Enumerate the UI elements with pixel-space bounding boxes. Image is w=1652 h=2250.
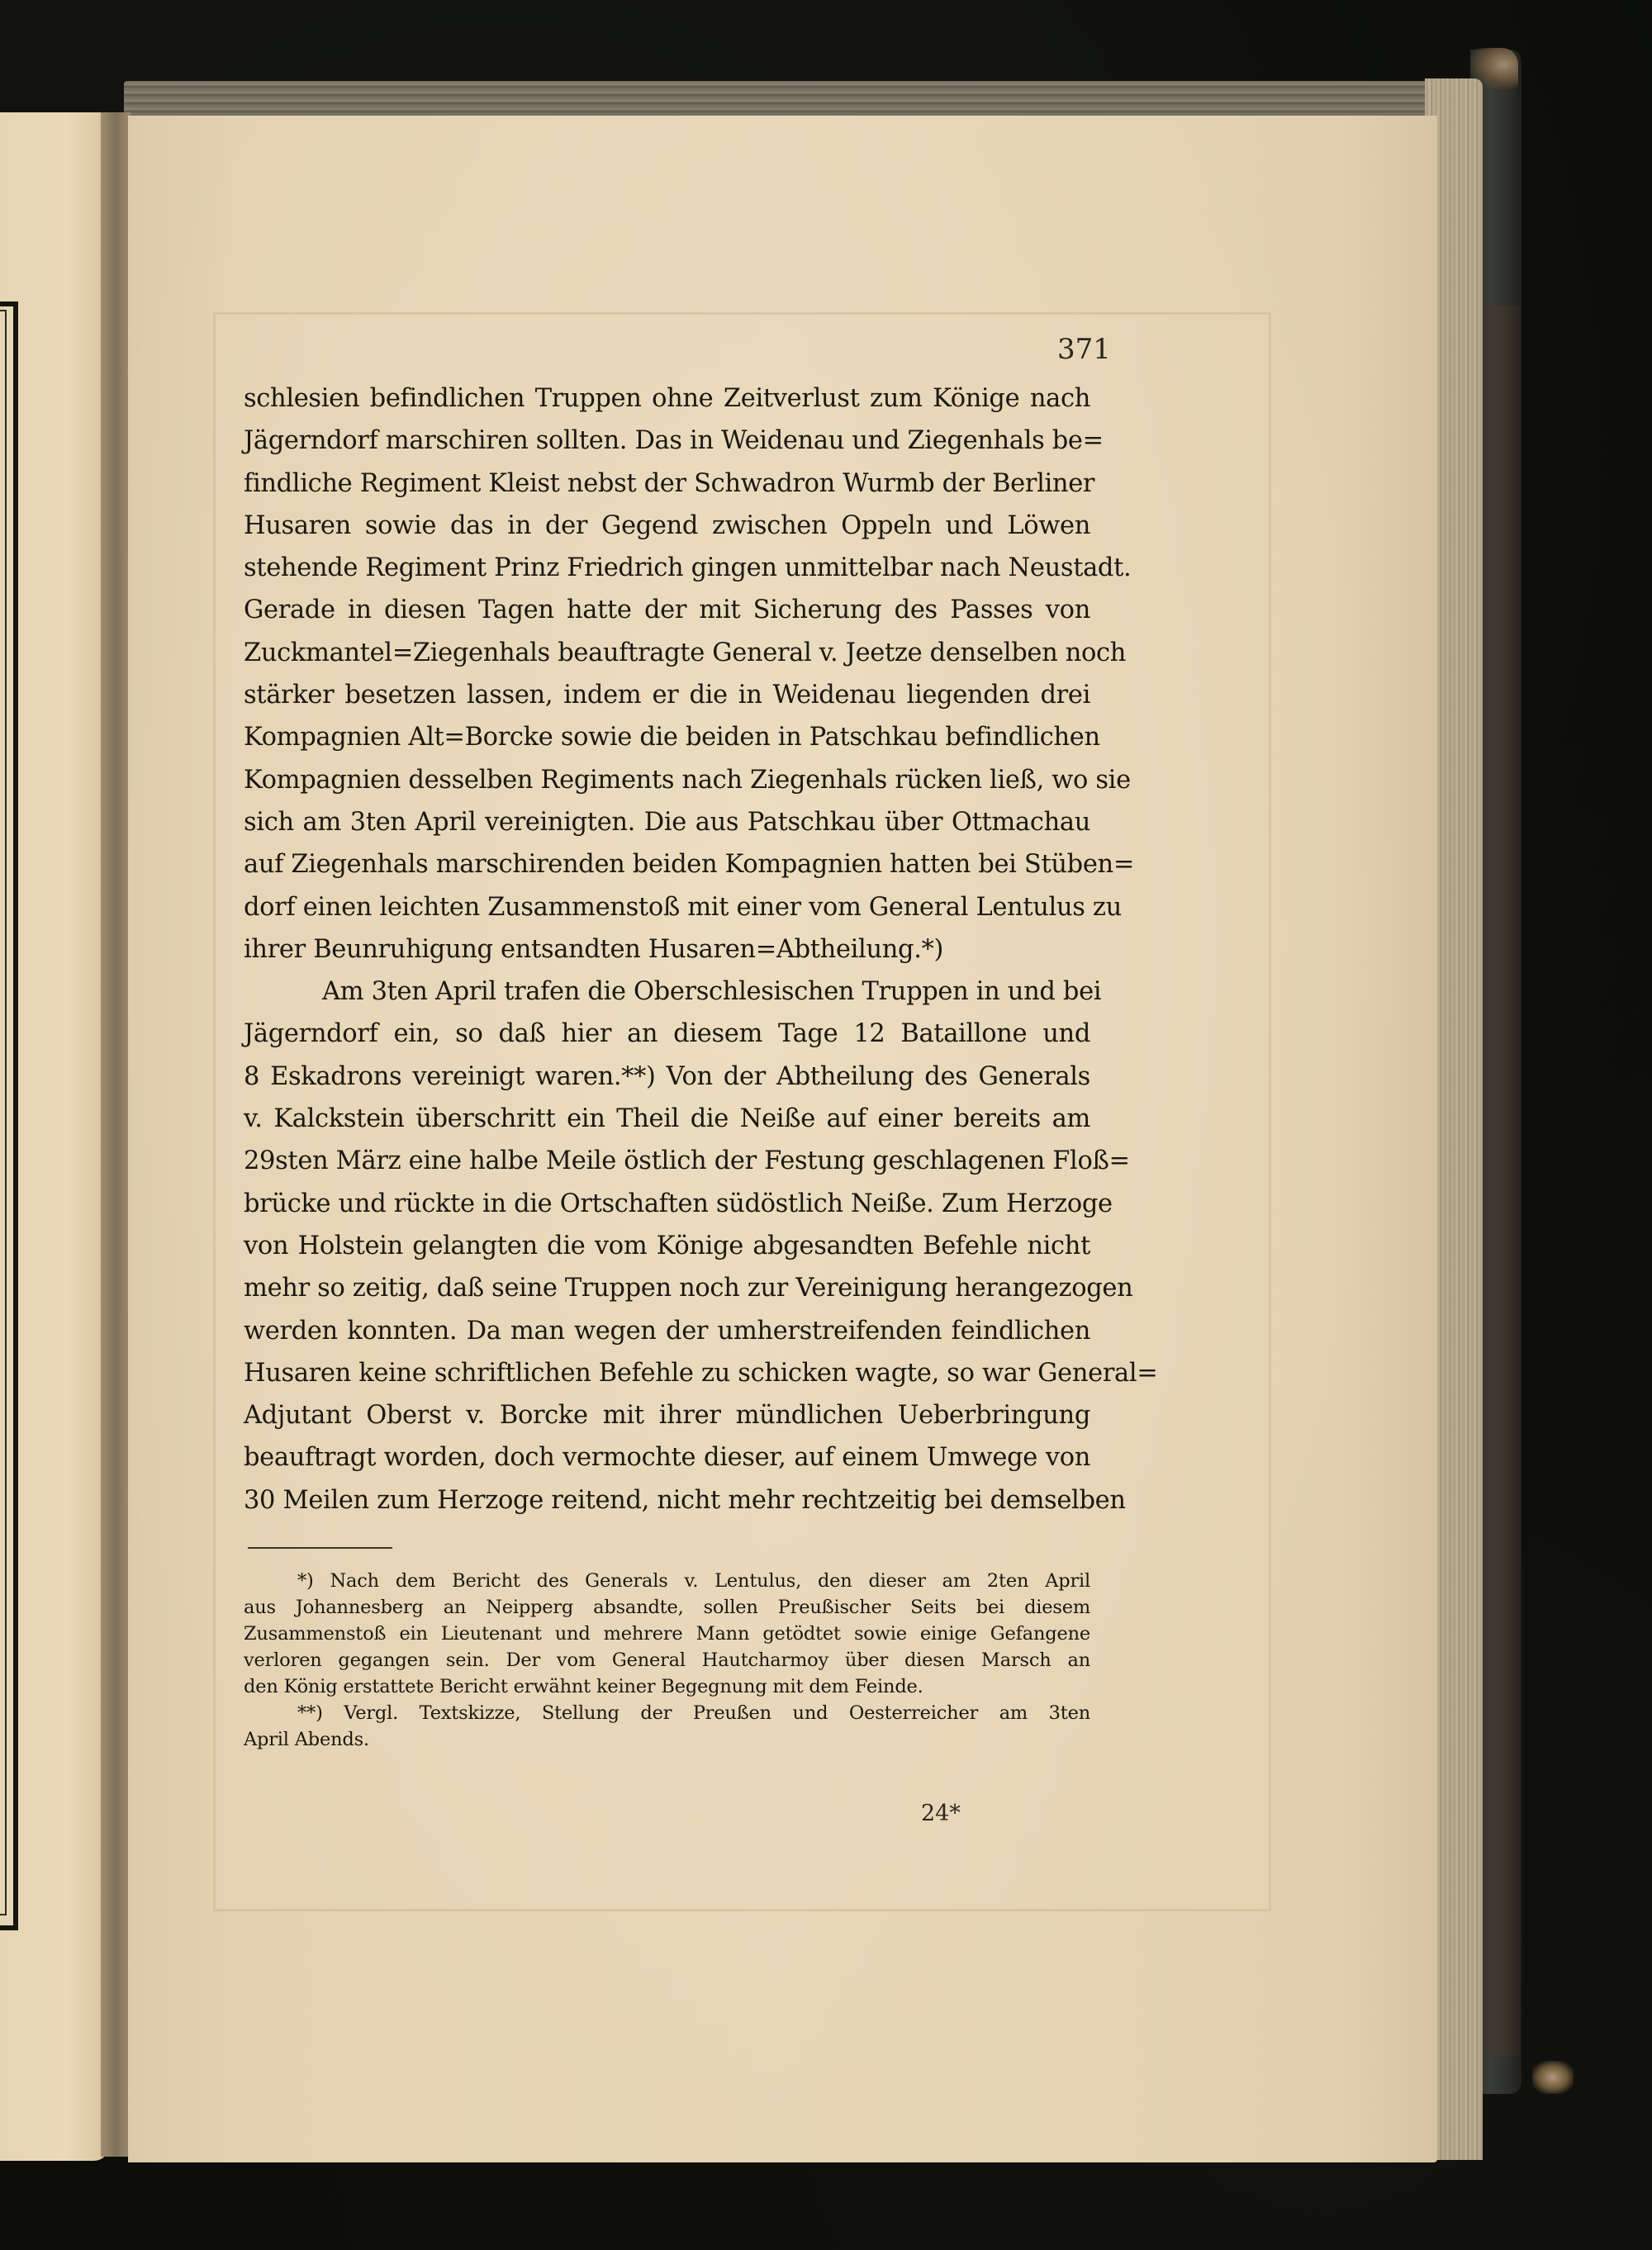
text-line: schlesien befindlichen Truppen ohne Zeit… [244, 377, 1090, 420]
text-line: stehende Regiment Prinz Friedrich gingen… [244, 547, 1090, 589]
footnote-line: Zusammenstoß ein Lieutenant und mehrere … [244, 1621, 1090, 1647]
body-text: schlesien befindlichen Truppen ohne Zeit… [244, 377, 1090, 1521]
text-line: Husaren sowie das in der Gegend zwischen… [244, 505, 1090, 547]
footnotes: *) Nach dem Bericht des Generals v. Lent… [244, 1568, 1090, 1753]
page-stack-top-edge [124, 81, 1479, 117]
text-line: Zuckmantel=Ziegenhals beauftragte Genera… [244, 632, 1090, 674]
left-page-frame-inner-border [0, 310, 7, 1915]
text-line: stärker besetzen lassen, indem er die in… [244, 674, 1090, 716]
page-number: 371 [1057, 333, 1111, 366]
text-line: 29sten März eine halbe Meile östlich der… [244, 1140, 1090, 1182]
footnote-2-start: **) Vergl. Textskizze, Stellung der Preu… [244, 1700, 1090, 1726]
cover-corner-bottom-worn [1532, 2061, 1574, 2094]
text-line: werden konnten. Da man wegen der umherst… [244, 1310, 1090, 1352]
footnote-line: verloren gegangen sein. Der vom General … [244, 1647, 1090, 1673]
text-line: brücke und rückte in die Ortschaften süd… [244, 1183, 1090, 1225]
book-gutter [101, 112, 131, 2157]
text-line: Adjutant Oberst v. Borcke mit ihrer münd… [244, 1394, 1090, 1436]
footnote-1-start: *) Nach dem Bericht des Generals v. Lent… [244, 1568, 1090, 1594]
text-line: dorf einen leichten Zusammenstoß mit ein… [244, 886, 1090, 928]
cover-leather-wear [1479, 306, 1520, 2057]
text-line-paragraph-start: Am 3ten April trafen die Oberschlesische… [244, 971, 1090, 1013]
text-line: v. Kalckstein überschritt ein Theil die … [244, 1098, 1090, 1140]
text-line: 8 Eskadrons vereinigt waren.**) Von der … [244, 1056, 1090, 1098]
text-line: auf Ziegenhals marschirenden beiden Komp… [244, 843, 1090, 885]
text-line-paragraph-end: ihrer Beunruhigung entsandten Husaren=Ab… [244, 928, 1090, 971]
footnote-divider [248, 1547, 392, 1549]
signature-mark: 24* [921, 1801, 961, 1826]
text-line: Gerade in diesen Tagen hatte der mit Sic… [244, 589, 1090, 631]
text-line: Kompagnien Alt=Borcke sowie die beiden i… [244, 716, 1090, 758]
text-line: sich am 3ten April vereinigten. Die aus … [244, 801, 1090, 843]
text-line: Kompagnien desselben Regiments nach Zieg… [244, 759, 1090, 801]
text-line: beauftragt worden, doch vermochte dieser… [244, 1436, 1090, 1479]
text-line: von Holstein gelangten die vom Könige ab… [244, 1225, 1090, 1267]
footnote-line: April Abends. [244, 1726, 1090, 1753]
text-line: mehr so zeitig, daß seine Truppen noch z… [244, 1267, 1090, 1309]
text-line: Jägerndorf marschiren sollten. Das in We… [244, 420, 1090, 462]
footnote-line: den König erstattete Bericht erwähnt kei… [244, 1673, 1090, 1700]
text-line: 30 Meilen zum Herzoge reitend, nicht meh… [244, 1479, 1090, 1521]
text-line: Jägerndorf ein, so daß hier an diesem Ta… [244, 1013, 1090, 1055]
footnote-line: aus Johannesberg an Neipperg absandte, s… [244, 1594, 1090, 1621]
text-line: findliche Regiment Kleist nebst der Schw… [244, 463, 1090, 505]
text-line: Husaren keine schriftlichen Befehle zu s… [244, 1352, 1090, 1394]
